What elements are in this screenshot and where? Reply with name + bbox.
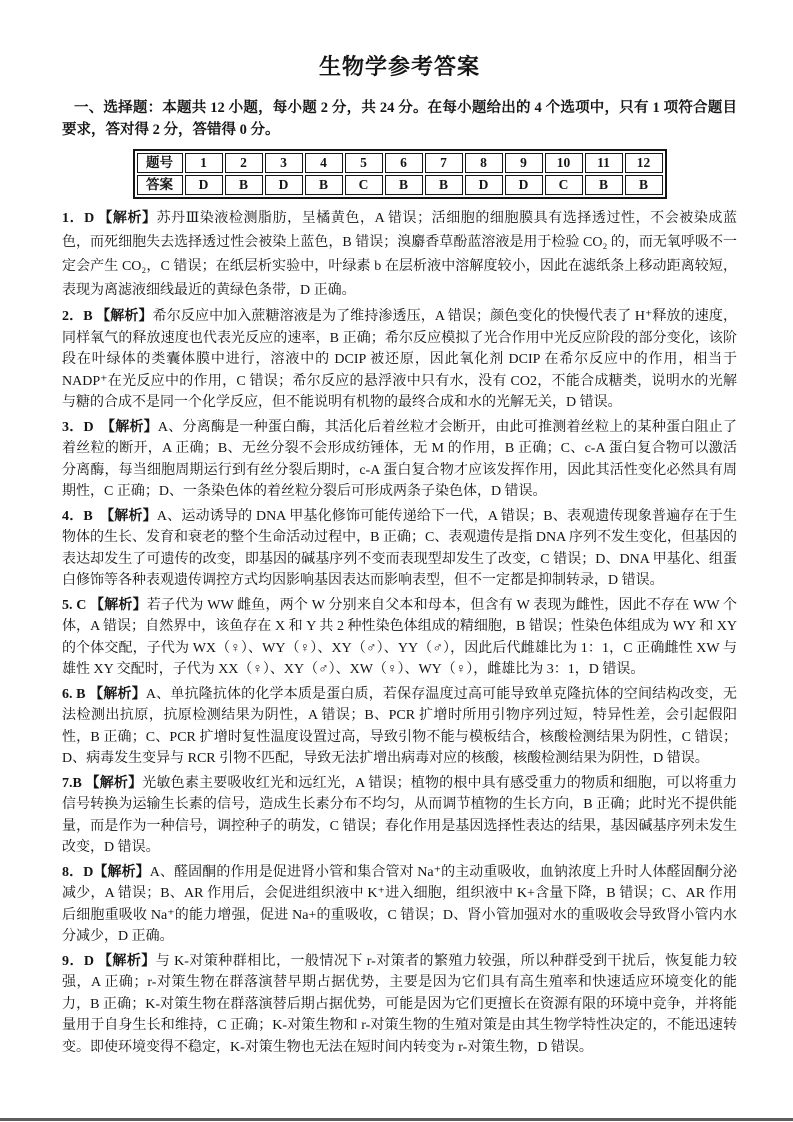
- explanation-body: 与 K-对策种群相比，一般情况下 r-对策者的繁殖力较强，所以种群受到干扰后，恢…: [62, 954, 737, 1055]
- answer-cell: B: [305, 175, 343, 195]
- answer-cell: D: [505, 175, 543, 195]
- explanation-head: 8．D【解析】: [62, 865, 150, 880]
- explanation-item-5: 5. C 【解析】若子代为 WW 雌鱼，两个 W 分别来自父本和母本，但含有 W…: [62, 595, 737, 681]
- explanation-list: 1．D 【解析】苏丹Ⅲ染液检测脂肪，呈橘黄色，A 错误；活细胞的细胞膜具有选择透…: [62, 207, 737, 1058]
- explanation-body: A、分离酶是一种蛋白酶，其活化后着丝粒才会断开，由此可推测着丝粒上的某种蛋白阻止…: [62, 420, 737, 500]
- explanation-item-1: 1．D 【解析】苏丹Ⅲ染液检测脂肪，呈橘黄色，A 错误；活细胞的细胞膜具有选择透…: [62, 207, 737, 303]
- explanation-body: A、醛固酮的作用是促进肾小管和集合管对 Na⁺的主动重吸收，血钠浓度上升时人体醛…: [62, 865, 737, 945]
- explanation-head: 1．D 【解析】: [62, 211, 157, 226]
- question-number-cell: 12: [625, 153, 663, 173]
- question-number-cell: 1: [185, 153, 223, 173]
- question-number-cell: 5: [345, 153, 383, 173]
- explanation-body: 苏丹Ⅲ染液检测脂肪，呈橘黄色，A 错误；活细胞的细胞膜具有选择透过性，不会被染成…: [62, 211, 737, 298]
- explanation-head: 4．B 【解析】: [62, 509, 157, 524]
- answer-cell: D: [465, 175, 503, 195]
- question-number-cell: 10: [545, 153, 583, 173]
- answer-cell: B: [425, 175, 463, 195]
- question-number-cell: 9: [505, 153, 543, 173]
- question-number-cell: 6: [385, 153, 423, 173]
- answer-row: 答案 D B D B C B B D D C B B: [137, 175, 663, 195]
- explanation-item-4: 4．B 【解析】A、运动诱导的 DNA 甲基化修饰可能传递给下一代，A 错误；B…: [62, 506, 737, 592]
- answer-cell: B: [385, 175, 423, 195]
- question-number-cell: 4: [305, 153, 343, 173]
- explanation-item-3: 3．D 【解析】A、分离酶是一种蛋白酶，其活化后着丝粒才会断开，由此可推测着丝粒…: [62, 417, 737, 503]
- explanation-head: 6. B 【解析】: [62, 687, 146, 702]
- answer-table: 题号 1 2 3 4 5 6 7 8 9 10 11 12 答案 D B D B…: [133, 149, 667, 199]
- row-label-question-number: 题号: [137, 153, 183, 173]
- document-page: 生物学参考答案 一、选择题：本题共 12 小题，每小题 2 分，共 24 分。在…: [0, 0, 793, 1058]
- answer-cell: D: [265, 175, 303, 195]
- explanation-body: 光敏色素主要吸收红光和远红光，A 错误；植物的根中具有感受重力的物质和细胞，可以…: [62, 776, 737, 856]
- explanation-head: 3．D 【解析】: [62, 420, 158, 435]
- explanation-head: 9．D 【解析】: [62, 954, 156, 969]
- explanation-head: 5. C 【解析】: [62, 598, 147, 613]
- explanation-body: 若子代为 WW 雌鱼，两个 W 分别来自父本和母本，但含有 W 表现为雌性，因此…: [62, 598, 737, 678]
- explanation-item-8: 8．D【解析】A、醛固酮的作用是促进肾小管和集合管对 Na⁺的主动重吸收，血钠浓…: [62, 862, 737, 948]
- question-number-cell: 3: [265, 153, 303, 173]
- answer-cell: B: [225, 175, 263, 195]
- section-heading: 一、选择题：本题共 12 小题，每小题 2 分，共 24 分。在每小题给出的 4…: [62, 97, 737, 141]
- question-number-cell: 7: [425, 153, 463, 173]
- page-title: 生物学参考答案: [62, 50, 737, 81]
- explanation-item-7: 7.B 【解析】光敏色素主要吸收红光和远红光，A 错误；植物的根中具有感受重力的…: [62, 773, 737, 859]
- question-number-cell: 2: [225, 153, 263, 173]
- explanation-head: 7.B 【解析】: [62, 776, 142, 791]
- bottom-page-edge: [0, 1118, 793, 1121]
- explanation-body: 希尔反应中加入蔗糖溶液是为了维持渗透压，A 错误；颜色变化的快慢代表了 H⁺释放…: [62, 309, 737, 410]
- explanation-body: A、运动诱导的 DNA 甲基化修饰可能传递给下一代，A 错误；B、表观遗传现象普…: [62, 509, 737, 589]
- answer-cell: C: [545, 175, 583, 195]
- question-number-cell: 11: [585, 153, 623, 173]
- answer-cell: B: [625, 175, 663, 195]
- explanation-head: 2．B 【解析】: [62, 309, 153, 324]
- question-number-row: 题号 1 2 3 4 5 6 7 8 9 10 11 12: [137, 153, 663, 173]
- row-label-answer: 答案: [137, 175, 183, 195]
- question-number-cell: 8: [465, 153, 503, 173]
- answer-cell: C: [345, 175, 383, 195]
- explanation-item-6: 6. B 【解析】A、单抗隆抗体的化学本质是蛋白质，若保存温度过高可能导致单克隆…: [62, 684, 737, 770]
- answer-cell: B: [585, 175, 623, 195]
- explanation-body: A、单抗隆抗体的化学本质是蛋白质，若保存温度过高可能导致单克隆抗体的空间结构改变…: [62, 687, 737, 767]
- explanation-item-2: 2．B 【解析】希尔反应中加入蔗糖溶液是为了维持渗透压，A 错误；颜色变化的快慢…: [62, 306, 737, 414]
- answer-cell: D: [185, 175, 223, 195]
- explanation-item-9: 9．D 【解析】与 K-对策种群相比，一般情况下 r-对策者的繁殖力较强，所以种…: [62, 951, 737, 1059]
